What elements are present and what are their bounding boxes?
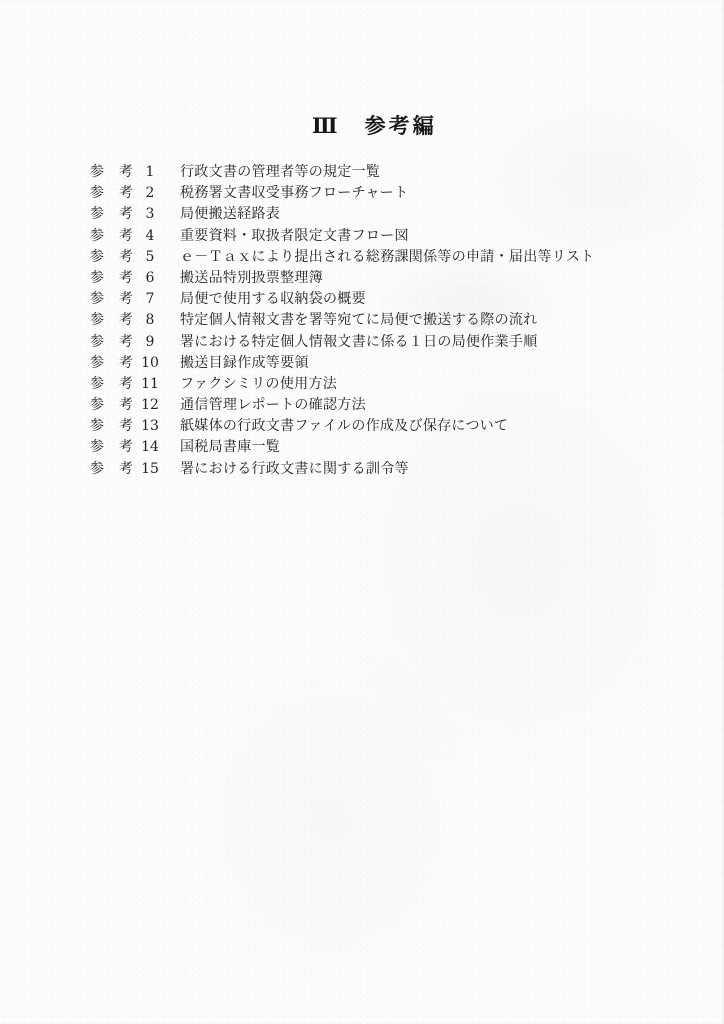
toc-item-title: 税務署文書収受事務フローチャート — [180, 183, 408, 204]
toc-row: 参 考 5 ｅ－Ｔａｘにより提出される総務課関係等の申請・届出等リスト — [90, 247, 650, 268]
toc-item-number: 7 — [136, 289, 164, 310]
toc-item-label: 参 考 — [90, 353, 134, 374]
section-title: Ⅲ 参考編 — [312, 110, 437, 140]
toc-item-title: 特定個人情報文書を署等宛てに局便で搬送する際の流れ — [180, 310, 538, 331]
toc-item-title: 署における特定個人情報文書に係る１日の局便作業手順 — [180, 332, 538, 353]
toc-item-title: 通信管理レポートの確認方法 — [180, 395, 366, 416]
toc-item-label: 参 考 — [90, 247, 134, 268]
toc-item-title: 搬送目録作成等要領 — [180, 353, 309, 374]
reference-toc-list: 参 考 1 行政文書の管理者等の規定一覧 参 考 2 税務署文書収受事務フローチ… — [90, 162, 650, 480]
toc-row: 参 考 3 局便搬送経路表 — [90, 204, 650, 225]
toc-item-title: 署における行政文書に関する訓令等 — [180, 459, 409, 480]
toc-item-number: 4 — [136, 226, 164, 247]
toc-item-title: 国税局書庫一覧 — [180, 437, 280, 458]
toc-item-number: 8 — [136, 310, 164, 331]
toc-item-number: 3 — [136, 204, 164, 225]
toc-item-number: 13 — [136, 416, 164, 437]
toc-item-label: 参 考 — [90, 183, 134, 204]
toc-item-label: 参 考 — [90, 204, 134, 225]
toc-item-label: 参 考 — [90, 289, 134, 310]
toc-row: 参 考 4 重要資料・取扱者限定文書フロー図 — [90, 226, 650, 247]
toc-row: 参 考 6 搬送品特別扱票整理簿 — [90, 268, 650, 289]
toc-item-title: ｅ－Ｔａｘにより提出される総務課関係等の申請・届出等リスト — [180, 247, 594, 268]
toc-item-label: 参 考 — [90, 437, 134, 458]
toc-row: 参 考 7 局便で使用する収納袋の概要 — [90, 289, 650, 310]
toc-item-number: 11 — [136, 374, 164, 395]
toc-item-number: 12 — [136, 395, 164, 416]
toc-item-label: 参 考 — [90, 226, 134, 247]
toc-row: 参 考 13 紙媒体の行政文書ファイルの作成及び保存について — [90, 416, 650, 437]
toc-row: 参 考 10 搬送目録作成等要領 — [90, 353, 650, 374]
toc-item-label: 参 考 — [90, 459, 134, 480]
toc-item-number: 9 — [136, 332, 164, 353]
toc-item-label: 参 考 — [90, 310, 134, 331]
toc-item-label: 参 考 — [90, 162, 134, 183]
toc-item-number: 2 — [136, 183, 164, 204]
toc-item-title: 重要資料・取扱者限定文書フロー図 — [180, 226, 409, 247]
toc-item-number: 14 — [136, 437, 164, 458]
toc-row: 参 考 9 署における特定個人情報文書に係る１日の局便作業手順 — [90, 332, 650, 353]
toc-row: 参 考 2 税務署文書収受事務フローチャート — [90, 183, 650, 204]
toc-item-title: 搬送品特別扱票整理簿 — [180, 268, 323, 289]
toc-item-label: 参 考 — [90, 268, 134, 289]
toc-item-title: 局便搬送経路表 — [180, 204, 280, 225]
toc-item-label: 参 考 — [90, 332, 134, 353]
toc-item-title: 行政文書の管理者等の規定一覧 — [180, 162, 380, 183]
toc-row: 参 考 8 特定個人情報文書を署等宛てに局便で搬送する際の流れ — [90, 310, 650, 331]
toc-item-title: 局便で使用する収納袋の概要 — [180, 289, 366, 310]
toc-row: 参 考 1 行政文書の管理者等の規定一覧 — [90, 162, 650, 183]
toc-item-number: 6 — [136, 268, 164, 289]
toc-row: 参 考 14 国税局書庫一覧 — [90, 437, 650, 458]
toc-item-label: 参 考 — [90, 374, 134, 395]
toc-item-label: 参 考 — [90, 416, 134, 437]
toc-item-label: 参 考 — [90, 395, 134, 416]
toc-item-number: 10 — [136, 353, 164, 374]
toc-item-title: 紙媒体の行政文書ファイルの作成及び保存について — [180, 416, 508, 437]
toc-item-number: 5 — [136, 247, 164, 268]
scanned-document-page: Ⅲ 参考編 参 考 1 行政文書の管理者等の規定一覧 参 考 2 税務署文書収受… — [0, 0, 724, 1024]
toc-row: 参 考 11 ファクシミリの使用方法 — [90, 374, 650, 395]
toc-item-number: 15 — [136, 459, 164, 480]
toc-row: 参 考 15 署における行政文書に関する訓令等 — [90, 459, 650, 480]
toc-row: 参 考 12 通信管理レポートの確認方法 — [90, 395, 650, 416]
toc-item-title: ファクシミリの使用方法 — [180, 374, 337, 395]
toc-item-number: 1 — [136, 162, 164, 183]
